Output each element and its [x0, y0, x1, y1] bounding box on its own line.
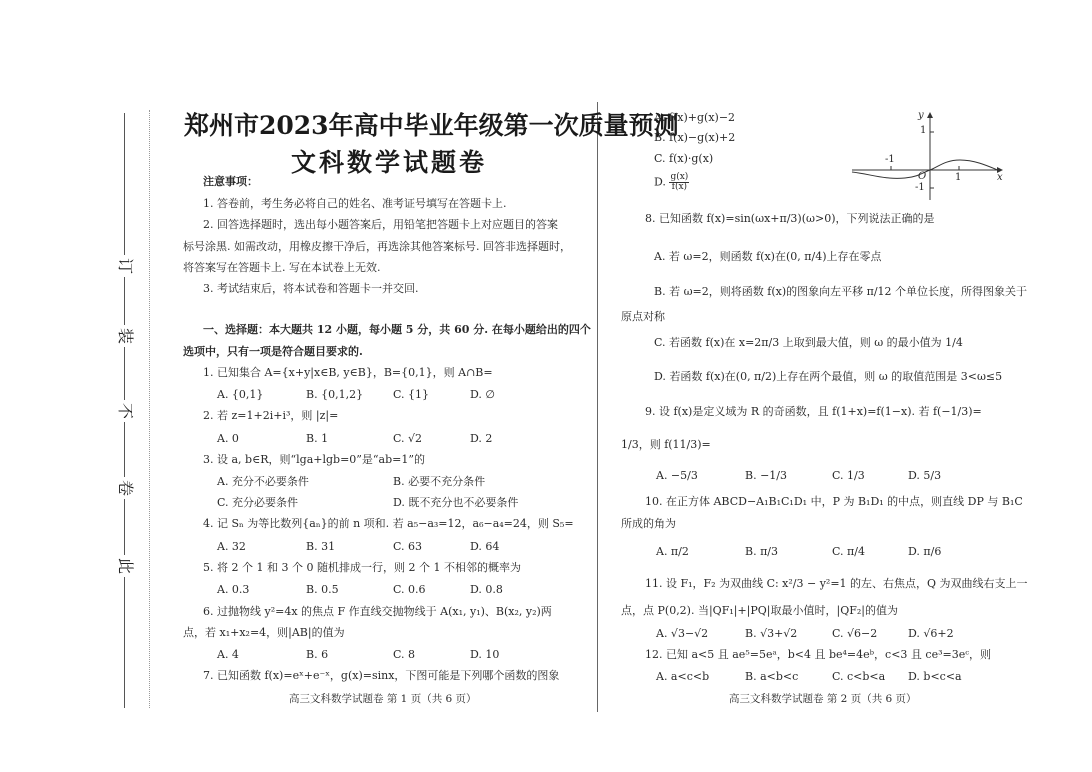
q12-option-a: A. a<c<b	[656, 670, 709, 684]
q7-option-d-fraction: g(x) f(x)	[669, 173, 689, 192]
notice-2-cont: 标号涂黑. 如需改动，用橡皮擦干净后，再选涂其他答案标号. 回答非选择题时，	[183, 240, 571, 254]
q10-option-b: B. π/3	[745, 545, 778, 559]
q11-option-a: A. √3−√2	[656, 627, 708, 641]
graph-tick-y-1: 1	[920, 125, 926, 136]
notice-1: 1. 答卷前，考生务必将自己的姓名、准考证号填写在答题卡上.	[203, 197, 507, 211]
graph-tick-x-neg1: -1	[885, 154, 895, 165]
question-2: 2. 若 z=1+2i+i³，则 |z|=	[203, 409, 338, 423]
q12-option-d: D. b<c<a	[908, 670, 962, 684]
q7-option-d-label: D.	[654, 176, 666, 189]
question-9: 9. 设 f(x)是定义域为 R 的奇函数，且 f(1+x)=f(1−x). 若…	[645, 405, 982, 419]
q4-option-c: C. 63	[393, 540, 422, 554]
q5-option-b: B. 0.5	[306, 583, 339, 597]
graph-y-label: y	[918, 110, 924, 121]
q3-option-d: D. 既不充分也不必要条件	[393, 496, 518, 510]
question-11: 11. 设 F₁，F₂ 为双曲线 C: x²/3 − y²=1 的左、右焦点，Q…	[645, 577, 1028, 591]
q2-option-d: D. 2	[470, 432, 492, 446]
q2-option-b: B. 1	[306, 432, 328, 446]
q1-option-c: C. {1}	[393, 388, 429, 402]
notice-3: 3. 考试结束后，将本试卷和答题卡一并交回.	[203, 282, 419, 296]
q11-option-d: D. √6+2	[908, 627, 954, 641]
q10-option-d: D. π/6	[908, 545, 941, 559]
q8-option-b-cont: 原点对称	[621, 310, 665, 324]
exam-subtitle: 文科数学试题卷	[184, 143, 594, 179]
q9-option-a: A. −5/3	[656, 469, 698, 483]
section-heading: 一、选择题：本大题共 12 小题，每小题 5 分，共 60 分. 在每小题给出的…	[203, 323, 591, 337]
question-10: 10. 在正方体 ABCD−A₁B₁C₁D₁ 中，P 为 B₁D₁ 的中点，则直…	[645, 495, 1023, 509]
notice-2-cont2: 将答案写在答题卡上. 写在本试卷上无效.	[183, 261, 381, 275]
binding-char-5: 此	[114, 555, 136, 577]
q8-option-b: B. 若 ω=2，则将函数 f(x)的图象向左平移 π/12 个单位长度，所得图…	[654, 285, 1027, 299]
page-divider	[597, 102, 598, 712]
q9-option-c: C. 1/3	[832, 469, 865, 483]
q6-option-d: D. 10	[470, 648, 499, 662]
binding-char-4: 卷	[114, 477, 136, 499]
q8-option-a: A. 若 ω=2，则函数 f(x)在(0, π/4)上存在零点	[654, 250, 881, 264]
question-7: 7. 已知函数 f(x)=eˣ+e⁻ˣ，g(x)=sinx，下图可能是下列哪个函…	[203, 669, 559, 683]
q12-option-c: C. c<b<a	[832, 670, 885, 684]
binding-dotted-line	[149, 110, 150, 708]
graph-x-label: x	[997, 172, 1003, 183]
q8-option-c: C. 若函数 f(x)在 x=2π/3 上取到最大值，则 ω 的最小值为 1/4	[654, 336, 963, 350]
question-11-cont: 点，点 P(0,2). 当|QF₁|+|PQ|取最小值时，|QF₂|的值为	[621, 604, 898, 618]
question-1: 1. 已知集合 A={x+y|x∈B, y∈B}，B={0,1}，则 A∩B=	[203, 366, 493, 380]
q6-option-b: B. 6	[306, 648, 328, 662]
graph-tick-x-1: 1	[955, 172, 961, 183]
q9-option-d: D. 5/3	[908, 469, 941, 483]
q4-option-a: A. 32	[217, 540, 246, 554]
q3-option-b: B. 必要不充分条件	[393, 475, 485, 489]
question-8: 8. 已知函数 f(x)=sin(ωx+π/3)(ω>0)，下列说法正确的是	[645, 212, 935, 226]
binding-char-3: 不	[114, 400, 136, 422]
question-6-cont: 点，若 x₁+x₂=4，则|AB|的值为	[183, 626, 345, 640]
q2-option-c: C. √2	[393, 432, 422, 446]
question-4: 4. 记 Sₙ 为等比数列{aₙ}的前 n 项和. 若 a₅−a₃=12，a₆−…	[203, 517, 574, 531]
notice-heading: 注意事项：	[203, 175, 258, 189]
q5-option-a: A. 0.3	[217, 583, 249, 597]
q2-option-a: A. 0	[217, 432, 239, 446]
graph-tick-y-neg1: -1	[915, 182, 925, 193]
q3-option-a: A. 充分不必要条件	[217, 475, 309, 489]
q7-option-c: C. f(x)·g(x)	[654, 152, 713, 166]
page-footer-left: 高三文科数学试题卷 第 1 页（共 6 页）	[289, 691, 477, 706]
section-heading-cont: 选项中，只有一项是符合题目要求的.	[183, 345, 363, 359]
q4-option-b: B. 31	[306, 540, 335, 554]
q7-option-b: B. f(x)−g(x)+2	[654, 131, 735, 145]
q7-option-d: D. g(x) f(x)	[654, 173, 689, 192]
question-12: 12. 已知 a<5 且 ae⁵=5eᵃ，b<4 且 be⁴=4eᵇ，c<3 且…	[645, 648, 991, 662]
function-graph: y x O 1 -1 1 -1	[850, 110, 1010, 200]
q4-option-d: D. 64	[470, 540, 499, 554]
question-6: 6. 过抛物线 y²=4x 的焦点 F 作直线交抛物线于 A(x₁, y₁)、B…	[203, 605, 552, 619]
graph-origin-label: O	[918, 171, 926, 182]
notice-2: 2. 回答选择题时，选出每小题答案后，用铅笔把答题卡上对应题目的答案	[203, 218, 558, 232]
binding-char-1: 订	[114, 255, 136, 277]
q3-option-c: C. 充分必要条件	[217, 496, 298, 510]
q1-option-d: D. ∅	[470, 388, 495, 402]
q8-option-d: D. 若函数 f(x)在(0, π/2)上存在两个最值，则 ω 的取值范围是 3…	[654, 370, 1002, 384]
q1-option-a: A. {0,1}	[217, 388, 263, 402]
q6-option-c: C. 8	[393, 648, 415, 662]
q11-option-c: C. √6−2	[832, 627, 877, 641]
q1-option-b: B. {0,1,2}	[306, 388, 363, 402]
q5-option-c: C. 0.6	[393, 583, 426, 597]
q11-option-b: B. √3+√2	[745, 627, 797, 641]
q5-option-d: D. 0.8	[470, 583, 503, 597]
binding-char-2: 装	[114, 325, 136, 347]
q12-option-b: B. a<b<c	[745, 670, 798, 684]
question-3: 3. 设 a, b∈R，则“lga+lgb=0”是“ab=1”的	[203, 453, 425, 467]
q6-option-a: A. 4	[217, 648, 239, 662]
question-5: 5. 将 2 个 1 和 3 个 0 随机排成一行，则 2 个 1 不相邻的概率…	[203, 561, 521, 575]
question-9-cont: 1/3，则 f(11/3)=	[621, 438, 711, 452]
q10-option-c: C. π/4	[832, 545, 865, 559]
page-footer-right: 高三文科数学试题卷 第 2 页（共 6 页）	[729, 691, 917, 706]
q10-option-a: A. π/2	[656, 545, 689, 559]
q7-option-a: A. f(x)+g(x)−2	[654, 111, 735, 125]
question-10-cont: 所成的角为	[621, 517, 676, 531]
q9-option-b: B. −1/3	[745, 469, 787, 483]
exam-title: 郑州市2023年高中毕业年级第一次质量预测	[184, 106, 594, 142]
